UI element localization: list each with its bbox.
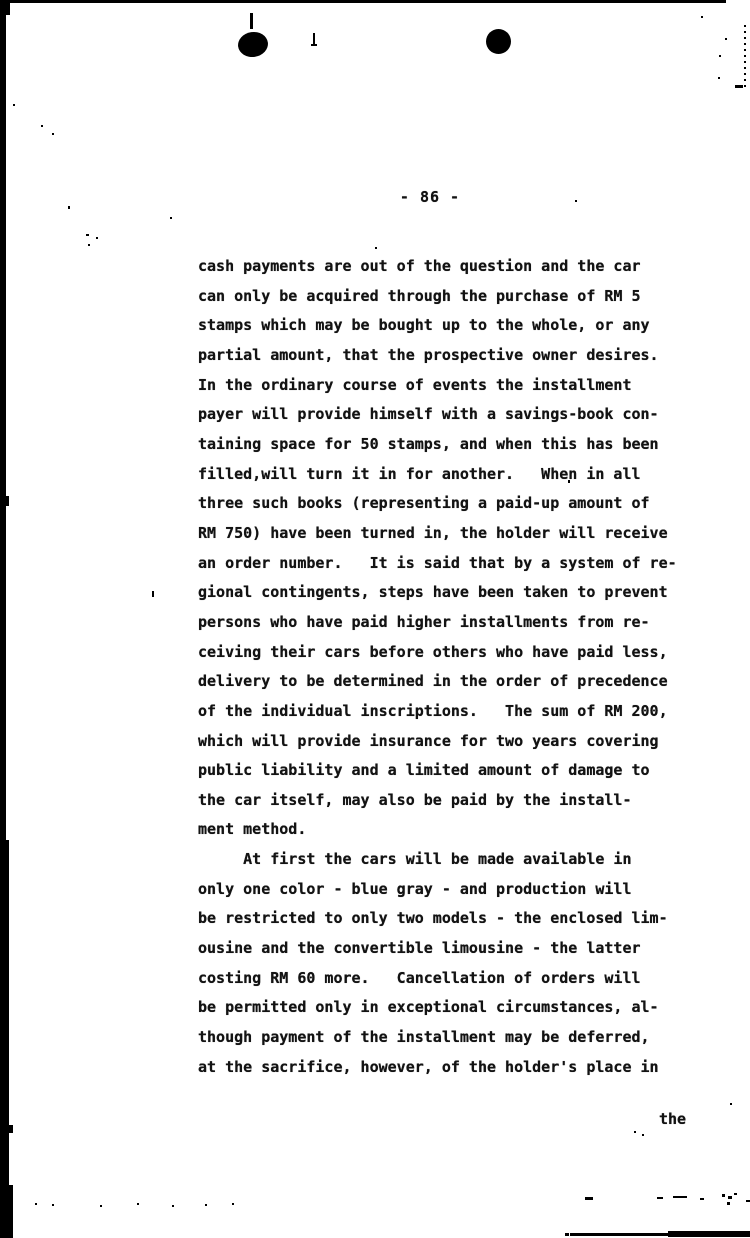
typed-line: partial amount, that the prospective own… bbox=[198, 341, 698, 371]
scan-speck bbox=[725, 38, 727, 40]
scan-speck bbox=[232, 1203, 234, 1205]
typed-line: which will provide insurance for two yea… bbox=[198, 727, 698, 757]
page-number: - 86 - bbox=[110, 188, 750, 206]
scan-line-bottom bbox=[668, 1231, 750, 1237]
scan-edge-bump bbox=[6, 970, 9, 980]
typed-line: can only be acquired through the purchas… bbox=[198, 282, 698, 312]
typed-line: three such books (representing a paid-up… bbox=[198, 489, 698, 519]
typed-line: be permitted only in exceptional circums… bbox=[198, 993, 698, 1023]
typed-line: At first the cars will be made available… bbox=[198, 845, 698, 875]
scan-speck bbox=[205, 1204, 207, 1206]
typed-line: gional contingents, steps have been take… bbox=[198, 578, 698, 608]
scan-edge-left bbox=[0, 840, 9, 1238]
scan-edge-top bbox=[0, 0, 726, 3]
scan-speck bbox=[13, 104, 15, 106]
scan-speck bbox=[152, 591, 154, 597]
scan-dash bbox=[728, 1196, 732, 1199]
pen-tick-mark bbox=[311, 44, 317, 46]
scan-speck bbox=[170, 217, 172, 219]
typed-line: the car itself, may also be paid by the … bbox=[198, 786, 698, 816]
typed-line: In the ordinary course of events the ins… bbox=[198, 371, 698, 401]
scan-dash bbox=[727, 1202, 730, 1205]
typed-line: taining space for 50 stamps, and when th… bbox=[198, 430, 698, 460]
scan-speck bbox=[100, 1205, 102, 1207]
scan-dash bbox=[722, 1194, 725, 1197]
scan-speck bbox=[88, 244, 90, 246]
punch-hole-icon bbox=[486, 29, 511, 54]
typed-line: be restricted to only two models - the e… bbox=[198, 904, 698, 934]
scan-dash bbox=[585, 1197, 593, 1200]
scan-speck bbox=[735, 85, 743, 88]
scan-speck bbox=[568, 480, 570, 483]
scan-speck bbox=[718, 77, 720, 79]
typed-text-block: cash payments are out of the question an… bbox=[198, 252, 698, 1082]
typed-line: ousine and the convertible limousine - t… bbox=[198, 934, 698, 964]
scan-dash bbox=[673, 1196, 687, 1198]
typed-line: cash payments are out of the question an… bbox=[198, 252, 698, 282]
typed-line: at the sacrifice, however, of the holder… bbox=[198, 1053, 698, 1083]
typed-line: only one color - blue gray - and product… bbox=[198, 875, 698, 905]
typed-line: costing RM 60 more. Cancellation of orde… bbox=[198, 964, 698, 994]
scan-speck bbox=[41, 125, 43, 127]
scan-speck bbox=[730, 1103, 732, 1105]
scan-dash bbox=[565, 1233, 569, 1236]
typed-line: stamps which may be bought up to the who… bbox=[198, 311, 698, 341]
scan-speck bbox=[375, 247, 377, 249]
scan-speck bbox=[634, 1131, 636, 1133]
typed-line: delivery to be determined in the order o… bbox=[198, 667, 698, 697]
scan-dash bbox=[734, 1193, 737, 1195]
scan-speck bbox=[701, 16, 703, 18]
scan-speck bbox=[719, 55, 721, 57]
scan-speck bbox=[575, 200, 577, 202]
scan-dash bbox=[746, 1200, 750, 1202]
scan-dash bbox=[700, 1198, 704, 1200]
typed-line: though payment of the installment may be… bbox=[198, 1023, 698, 1053]
scan-speck bbox=[52, 1204, 54, 1206]
typed-line: ment method. bbox=[198, 815, 698, 845]
pen-tick-mark bbox=[250, 13, 253, 29]
typed-line: persons who have paid higher installment… bbox=[198, 608, 698, 638]
scan-edge-left bbox=[0, 1185, 13, 1238]
scan-speck bbox=[96, 237, 98, 239]
scan-speckle-column bbox=[744, 25, 746, 89]
typed-line: public liability and a limited amount of… bbox=[198, 756, 698, 786]
scan-speck bbox=[86, 234, 89, 236]
scan-speck bbox=[35, 1203, 37, 1205]
typed-line: an order number. It is said that by a sy… bbox=[198, 549, 698, 579]
scan-line-bottom bbox=[570, 1233, 672, 1236]
scan-speck bbox=[52, 133, 54, 135]
scan-speck bbox=[137, 1203, 139, 1205]
typed-line: filled,will turn it in for another. When… bbox=[198, 460, 698, 490]
punch-hole-icon bbox=[236, 30, 269, 59]
scan-dash bbox=[657, 1197, 663, 1199]
scan-speck bbox=[172, 1205, 174, 1207]
catchword: the bbox=[659, 1110, 686, 1128]
typed-line: payer will provide himself with a saving… bbox=[198, 400, 698, 430]
typed-line: of the individual inscriptions. The sum … bbox=[198, 697, 698, 727]
scanned-page: - 86 - cash payments are out of the ques… bbox=[0, 0, 750, 1238]
scan-speck bbox=[68, 206, 70, 209]
scan-edge-bump bbox=[6, 496, 9, 506]
typed-line: RM 750) have been turned in, the holder … bbox=[198, 519, 698, 549]
scan-speck bbox=[642, 1134, 644, 1136]
typed-line: ceiving their cars before others who hav… bbox=[198, 638, 698, 668]
scan-edge-bump bbox=[9, 1125, 13, 1133]
